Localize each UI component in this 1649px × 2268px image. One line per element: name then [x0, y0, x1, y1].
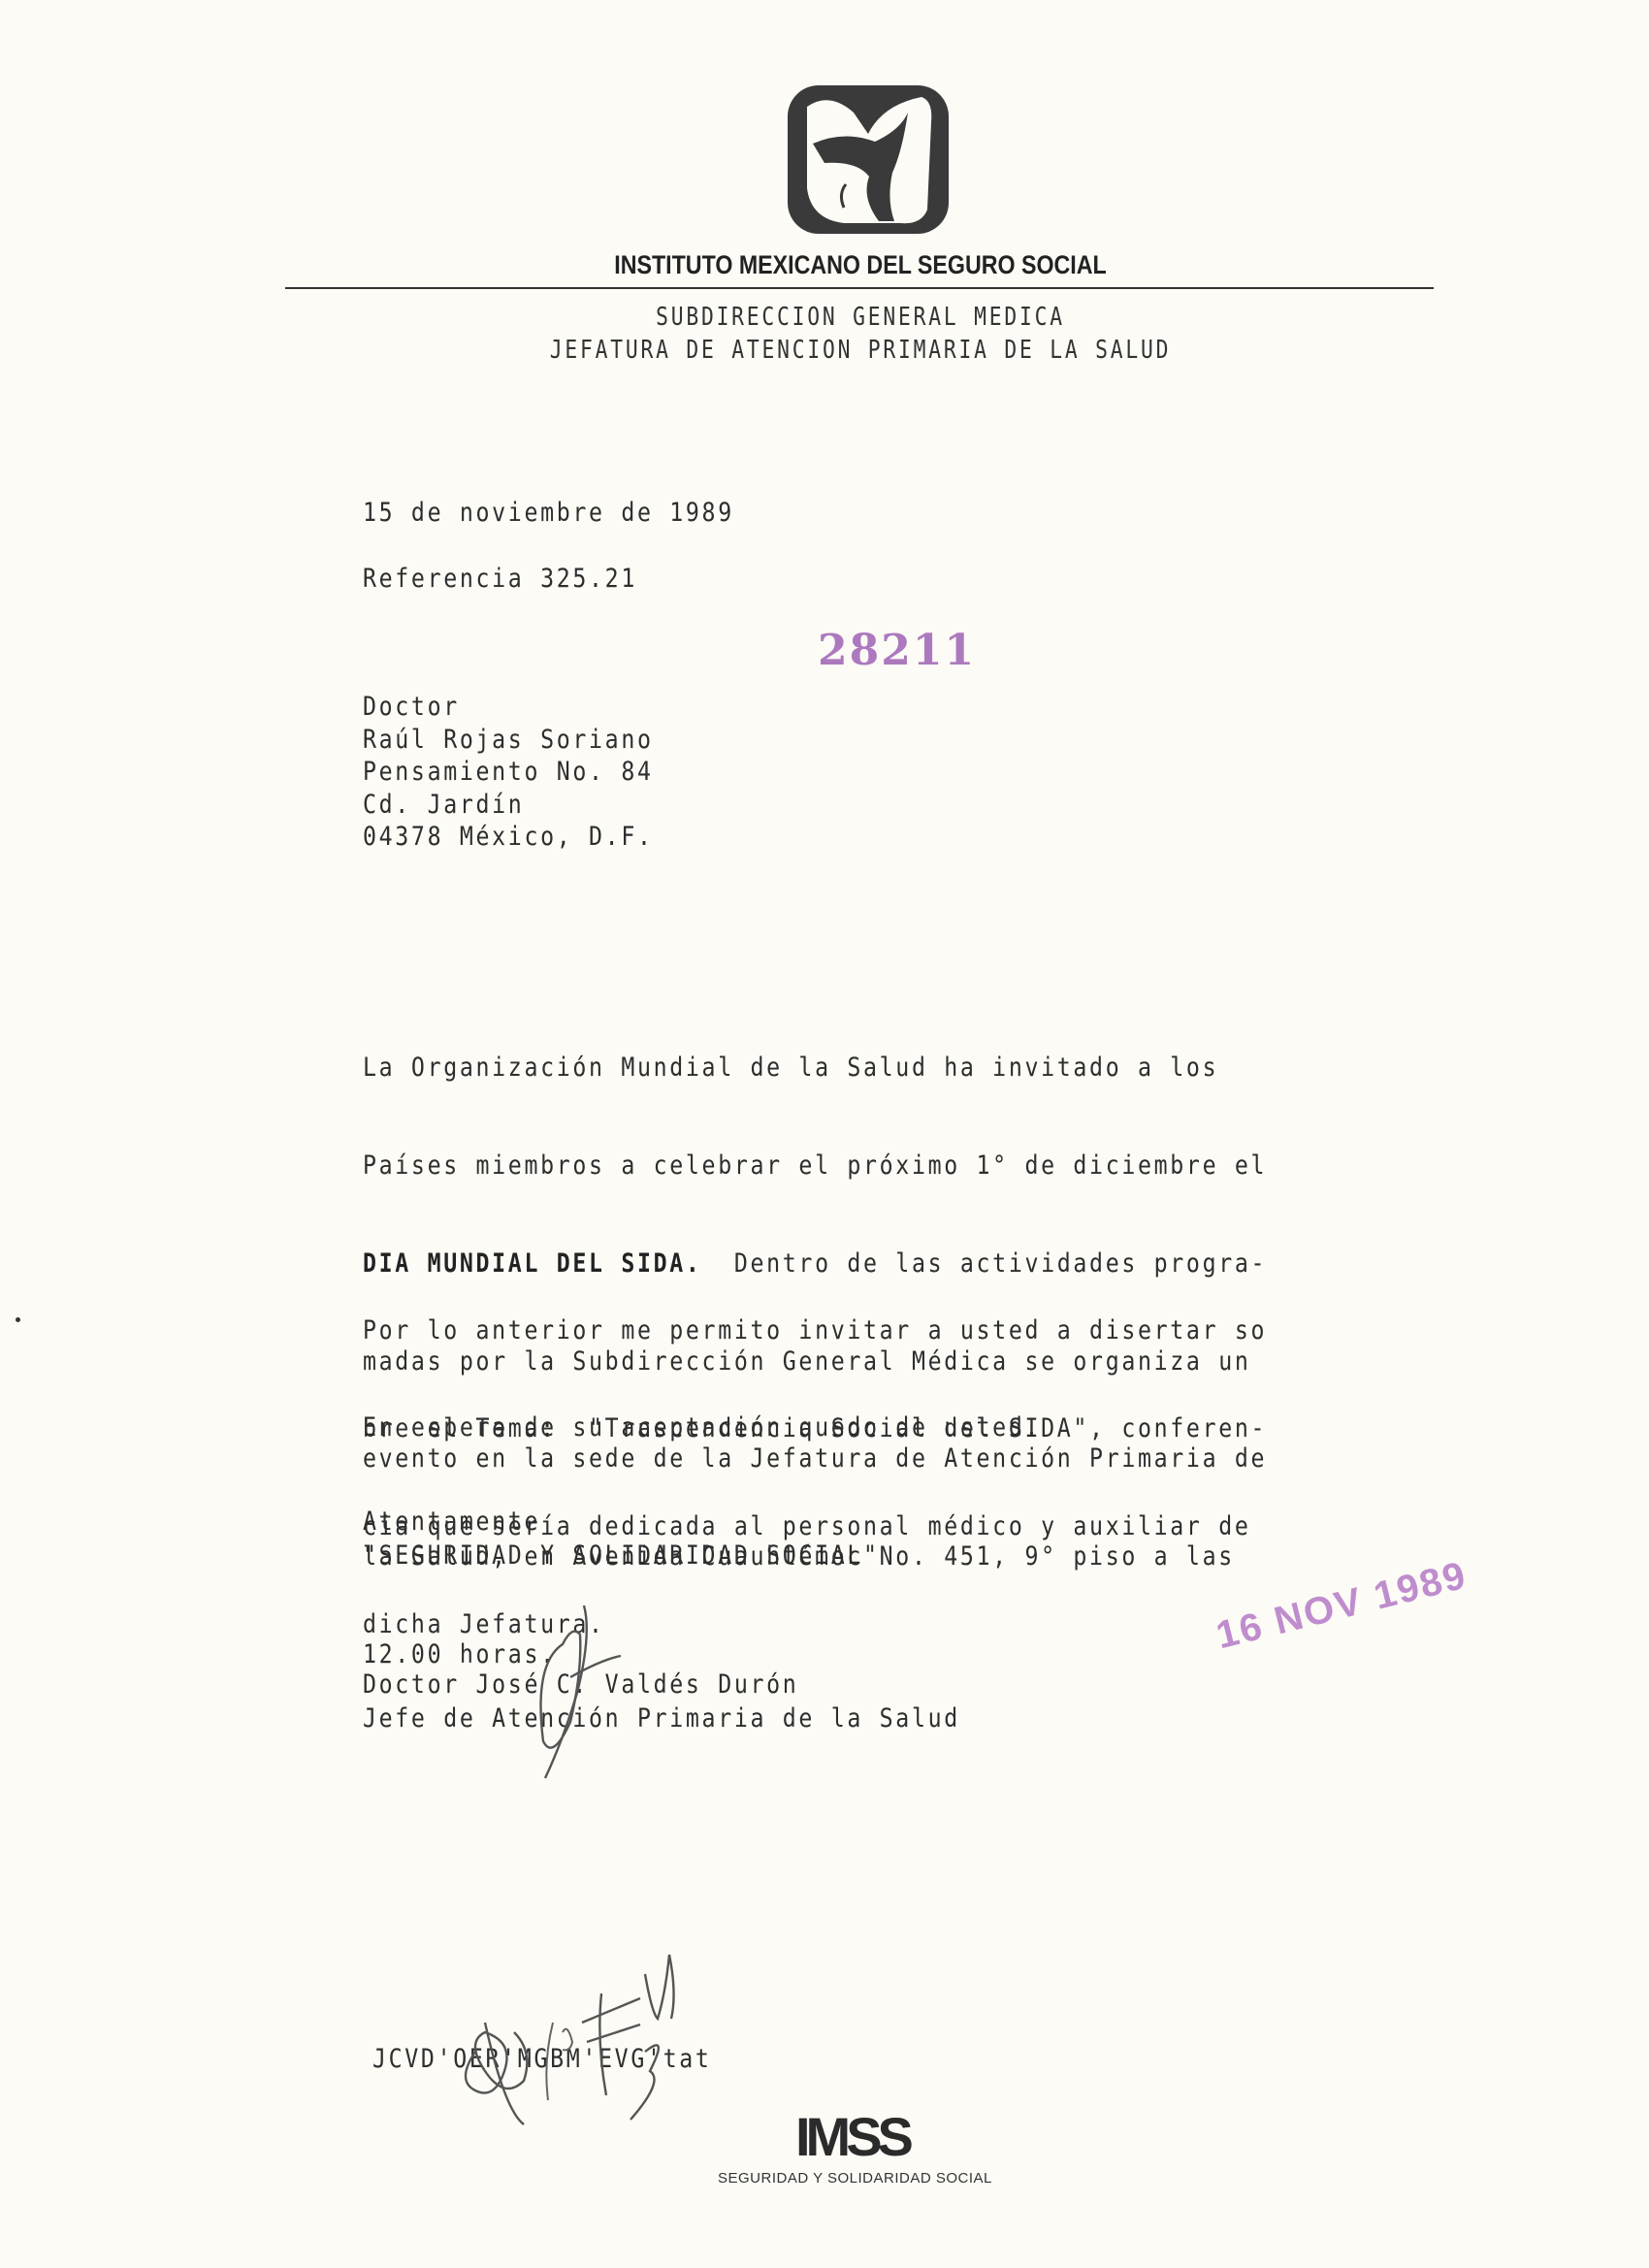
department-line-1: SUBDIRECCION GENERAL MEDICA [155, 303, 1567, 332]
closing: Atentamente [363, 1506, 540, 1539]
initials-signatures [446, 1935, 757, 2144]
signer-title: Jefe de Atención Primaria de la Salud [363, 1702, 960, 1735]
recipient-street: Pensamiento No. 84 [363, 756, 654, 789]
letter-date: 15 de noviembre de 1989 [363, 497, 734, 530]
recipient-title: Doctor [363, 691, 460, 724]
handwritten-signature [524, 1605, 650, 1780]
reference-number: Referencia 325.21 [363, 563, 637, 596]
imss-eagle-logo-icon [786, 83, 951, 236]
received-stamp-number: 28211 [818, 626, 976, 675]
recipient-city: 04378 México, D.F. [363, 821, 654, 854]
footer-tagline: SEGURIDAD Y SOLIDARIDAD SOCIAL [718, 2170, 992, 2187]
body-paragraph-2: Por lo anterior me permito invitar a ust… [363, 1249, 1267, 1673]
scan-speck [16, 1317, 20, 1322]
footer-logo: IMSS [795, 2105, 909, 2168]
institution-name: INSTITUTO MEXICANO DEL SEGURO SOCIAL [120, 250, 1600, 280]
body-paragraph-3: En espera de su aceptación quedo de uste… [363, 1411, 1041, 1444]
recipient-name: Raúl Rojas Soriano [363, 724, 654, 757]
department-line-2: JEFATURA DE ATENCION PRIMARIA DE LA SALU… [155, 336, 1567, 365]
motto: "SEGURIDAD Y SOLIDARIDAD SOCIAL" [363, 1539, 880, 1572]
recipient-neighborhood: Cd. Jardín [363, 789, 524, 822]
letterhead-divider [285, 287, 1434, 289]
